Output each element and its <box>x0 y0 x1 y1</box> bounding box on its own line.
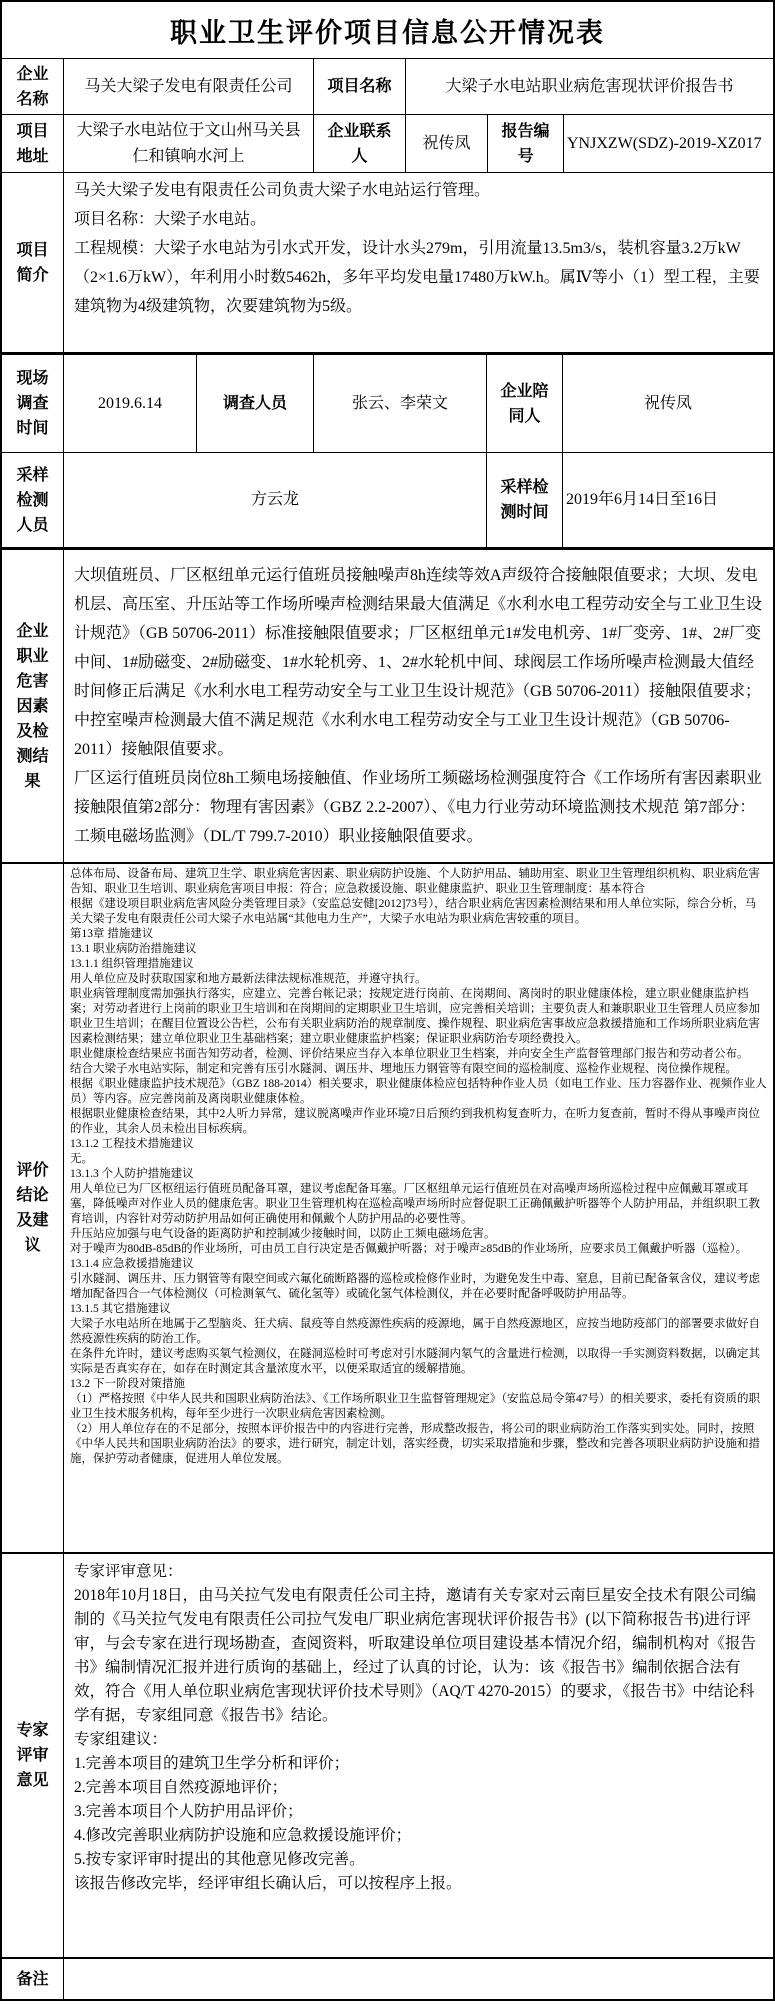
surveyors-label: 调查人员 <box>196 355 313 452</box>
expert-text: 专家评审意见： 2018年10月18日，由马关拉气发电有限责任公司主持，邀请有关… <box>63 1554 773 1957</box>
address-label-cell: 项目地址 <box>2 115 63 172</box>
sampling-person: 方云龙 <box>63 453 486 547</box>
sampling-time-label: 采样检测时间 <box>501 475 549 525</box>
report-no-value: YNJXZW(SDZ)-2019-XZ017 <box>563 115 773 172</box>
survey-label-cell: 现场调查时间 <box>2 355 63 452</box>
table-row-address: 项目地址 大梁子水电站位于文山州马关县仁和镇响水河上 企业联系人 祝传凤 报告编… <box>2 114 773 172</box>
hazard-label-cell: 企业职业危害因素及检测结果 <box>2 550 63 862</box>
survey-label: 现场调查时间 <box>17 366 49 441</box>
expert-label: 专家评审意见 <box>17 1718 49 1793</box>
contact-label: 企业联系人 <box>328 119 392 169</box>
escort-label: 企业陪同人 <box>501 379 549 429</box>
company-value: 马关大梁子发电有限责任公司 <box>63 59 313 114</box>
project-name-label: 项目名称 <box>313 59 405 114</box>
sampling-label-cell: 采样检测人员 <box>2 453 63 547</box>
summary-label-cell: 项目简介 <box>2 173 63 352</box>
table-row-hazard: 企业职业危害因素及检测结果 大坝值班员、厂区枢纽单元运行值班员接触噪声8h连续等… <box>2 547 773 862</box>
report-no-label: 报告编号 <box>502 119 550 169</box>
address-label: 项目地址 <box>17 119 49 169</box>
sampling-label: 采样检测人员 <box>17 463 49 538</box>
address-value: 大梁子水电站位于文山州马关县仁和镇响水河上 <box>63 115 313 172</box>
table-row-conclusion: 评价结论及建议 总体布局、设备布局、建筑卫生学、职业病危害因素、职业病防护设施、… <box>2 862 773 1552</box>
project-name-value: 大梁子水电站职业病危害现状评价报告书 <box>405 59 773 114</box>
table-row-remark: 备注 <box>2 1957 773 1999</box>
summary-label: 项目简介 <box>17 238 49 288</box>
expert-label-cell: 专家评审意见 <box>2 1554 63 1957</box>
company-label-cell: 企业名称 <box>2 59 63 114</box>
table-row-company: 企业名称 马关大梁子发电有限责任公司 项目名称 大梁子水电站职业病危害现状评价报… <box>2 58 773 114</box>
survey-date: 2019.6.14 <box>63 355 196 452</box>
conclusion-label: 评价结论及建议 <box>17 1158 49 1258</box>
summary-text: 马关大梁子发电有限责任公司负责大梁子水电站运行管理。 项目名称：大梁子水电站。 … <box>63 173 773 352</box>
report-no-label-cell: 报告编号 <box>487 115 563 172</box>
remark-label: 备注 <box>16 1967 48 1992</box>
page-title: 职业卫生评价项目信息公开情况表 <box>2 2 773 58</box>
contact-label-cell: 企业联系人 <box>313 115 405 172</box>
remark-label-cell: 备注 <box>2 1959 63 1999</box>
table-row-sampling: 采样检测人员 方云龙 采样检测时间 2019年6月14日至16日 <box>2 452 773 547</box>
conclusion-text: 总体布局、设备布局、建筑卫生学、职业病危害因素、职业病防护设施、个人防护用品、辅… <box>63 864 773 1552</box>
table-row-survey: 现场调查时间 2019.6.14 调查人员 张云、李荣文 企业陪同人 祝传凤 <box>2 352 773 452</box>
escort-label-cell: 企业陪同人 <box>486 355 562 452</box>
document-page: 职业卫生评价项目信息公开情况表 企业名称 马关大梁子发电有限责任公司 项目名称 … <box>0 0 775 2001</box>
hazard-label: 企业职业危害因素及检测结果 <box>17 619 49 794</box>
escort-value: 祝传凤 <box>562 355 773 452</box>
sampling-time-label-cell: 采样检测时间 <box>486 453 562 547</box>
table-row-summary: 项目简介 马关大梁子发电有限责任公司负责大梁子水电站运行管理。 项目名称：大梁子… <box>2 172 773 352</box>
company-label: 企业名称 <box>17 62 49 112</box>
table-row-expert: 专家评审意见 专家评审意见： 2018年10月18日，由马关拉气发电有限责任公司… <box>2 1552 773 1957</box>
sampling-time-value: 2019年6月14日至16日 <box>562 453 773 547</box>
hazard-text: 大坝值班员、厂区枢纽单元运行值班员接触噪声8h连续等效A声级符合接触限值要求；大… <box>63 550 773 862</box>
conclusion-label-cell: 评价结论及建议 <box>2 864 63 1552</box>
contact-value: 祝传凤 <box>405 115 487 172</box>
remark-value <box>63 1959 773 1999</box>
surveyors-value: 张云、李荣文 <box>313 355 486 452</box>
